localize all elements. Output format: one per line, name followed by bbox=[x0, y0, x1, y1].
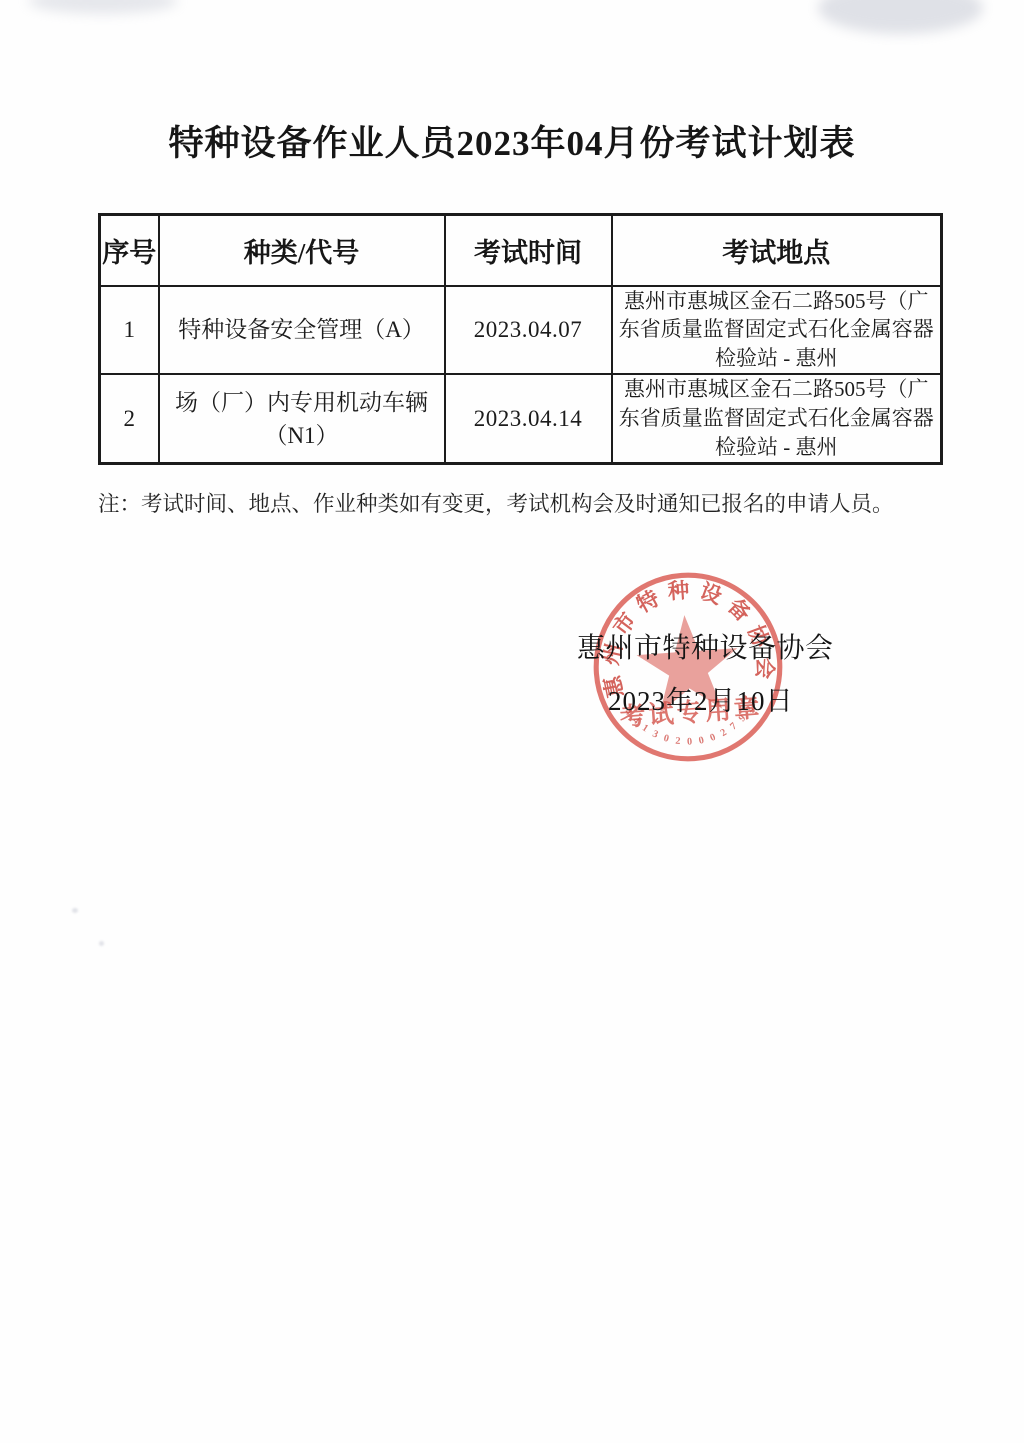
table-header-row: 序号 种类/代号 考试时间 考试地点 bbox=[100, 215, 942, 286]
cell-location-text: 惠州市惠城区金石二路505号（广东省质量监督固定式石化金属容器检验站 - 惠州 bbox=[614, 287, 938, 374]
cell-type: 场（厂）内专用机动车辆（N1） bbox=[159, 374, 445, 463]
exam-schedule-table: 序号 种类/代号 考试时间 考试地点 1 特种设备安全管理（A） 2023.04… bbox=[98, 213, 943, 465]
header-type: 种类/代号 bbox=[159, 215, 445, 286]
scan-smudge-top-left bbox=[28, 0, 178, 14]
cell-no: 2 bbox=[100, 374, 159, 463]
table-row: 1 特种设备安全管理（A） 2023.04.07 惠州市惠城区金石二路505号（… bbox=[100, 286, 942, 375]
document-page: 特种设备作业人员2023年04月份考试计划表 序号 种类/代号 考试时间 考试地… bbox=[0, 0, 1024, 1443]
cell-location-text: 惠州市惠城区金石二路505号（广东省质量监督固定式石化金属容器检验站 - 惠州 bbox=[614, 375, 938, 462]
cell-location: 惠州市惠城区金石二路505号（广东省质量监督固定式石化金属容器检验站 - 惠州 bbox=[612, 374, 942, 463]
header-location: 考试地点 bbox=[612, 215, 942, 286]
signature-date: 2023年2月10日 bbox=[608, 679, 794, 718]
scan-smudge-top-right bbox=[818, 0, 983, 34]
official-seal-stamp: 惠州市特种设备协会 考试专用章 4413020002792 bbox=[579, 558, 797, 776]
cell-type-text: 场（厂）内专用机动车辆（N1） bbox=[169, 386, 435, 453]
signature-organization: 惠州市特种设备协会 bbox=[577, 626, 834, 666]
table-row: 2 场（厂）内专用机动车辆（N1） 2023.04.14 惠州市惠城区金石二路5… bbox=[100, 374, 942, 463]
scan-speck bbox=[99, 941, 104, 946]
scan-speck bbox=[72, 908, 78, 913]
cell-date: 2023.04.14 bbox=[445, 374, 612, 463]
cell-location: 惠州市惠城区金石二路505号（广东省质量监督固定式石化金属容器检验站 - 惠州 bbox=[612, 286, 942, 375]
cell-type-text: 特种设备安全管理（A） bbox=[169, 313, 435, 346]
cell-no: 1 bbox=[100, 286, 159, 375]
cell-type: 特种设备安全管理（A） bbox=[159, 286, 445, 375]
page-title: 特种设备作业人员2023年04月份考试计划表 bbox=[0, 116, 1024, 166]
footnote: 注：考试时间、地点、作业种类如有变更，考试机构会及时通知已报名的申请人员。 bbox=[98, 487, 898, 518]
header-no: 序号 bbox=[100, 215, 159, 286]
header-time: 考试时间 bbox=[445, 215, 612, 286]
cell-date: 2023.04.07 bbox=[445, 286, 612, 375]
